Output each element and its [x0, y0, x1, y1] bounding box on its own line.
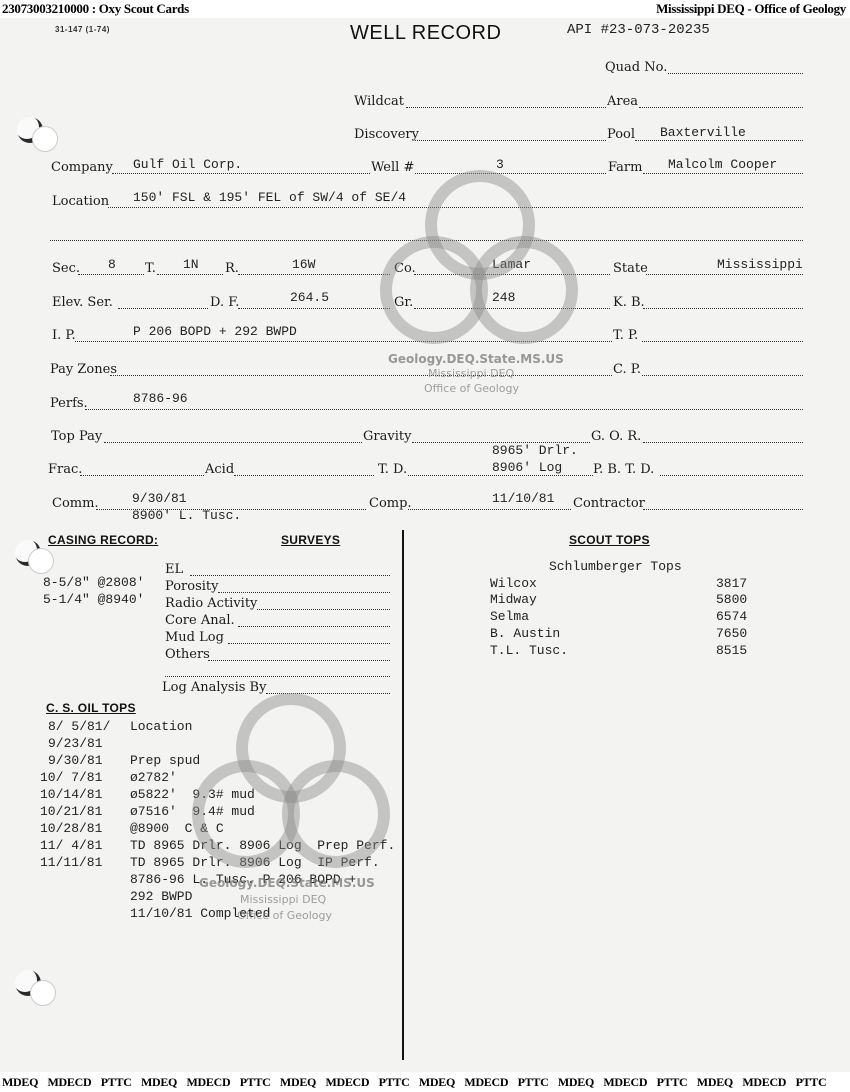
survey-core-anal-label: Core Anal.: [165, 613, 235, 628]
survey-others-field: [208, 660, 390, 661]
range-label: R.: [225, 261, 239, 276]
survey-mud-log-field: [228, 643, 390, 644]
range-value: 16W: [292, 257, 315, 272]
agency-title: Mississippi DEQ - Office of Geology: [656, 1, 846, 17]
township-label: T.: [145, 261, 156, 276]
cs-oil-tops-heading: C. S. OIL TOPS: [46, 701, 136, 715]
elev-ser-label: Elev. Ser.: [52, 295, 113, 310]
kb-label: K. B.: [613, 295, 645, 310]
survey-el-label: EL: [165, 562, 183, 577]
top-pay-field: [104, 442, 362, 443]
sec-value: 8: [108, 257, 116, 272]
pool-value: Baxterville: [660, 125, 746, 140]
location-value: 150' FSL & 195' FEL of SW/4 of SE/4: [133, 190, 406, 205]
commenced-formation: 8900' L. Tusc.: [132, 508, 241, 523]
pool-label: Pool: [607, 127, 635, 142]
survey-radio-activity-label: Radio Activity: [165, 596, 257, 611]
entry-date: 10/ 7/81: [40, 770, 102, 785]
scout-top-name: B. Austin: [490, 626, 560, 641]
punch-hole-top-highlight: [32, 126, 58, 152]
farm-field: [643, 173, 803, 174]
footer-text: MDEQ MDECD PTTC MDEQ MDECD PTTC MDEQ MDE…: [2, 1075, 826, 1090]
entry-date: 9/30/81: [48, 753, 103, 768]
entry-text: Prep spud: [130, 753, 200, 768]
watermark-agency: Mississippi DEQ: [428, 367, 514, 380]
company-field: [112, 173, 370, 174]
kb-field: [643, 308, 803, 309]
top-pay-label: Top Pay: [51, 429, 102, 444]
td-field: [408, 475, 593, 476]
gravity-label: Gravity: [363, 429, 411, 444]
watermark-url: Geology.DEQ.State.MS.US: [388, 352, 564, 366]
company-label: Company: [51, 160, 113, 175]
entry-text: ø2782': [130, 770, 177, 785]
form-title: WELL RECORD: [350, 22, 501, 45]
survey-mud-log-label: Mud Log: [165, 630, 224, 645]
scout-tops-heading: SCOUT TOPS: [569, 533, 650, 547]
watermark-circle-icon: [470, 236, 578, 344]
pbtd-label: P. B. T. D.: [593, 462, 654, 477]
ip-label: I. P.: [52, 328, 76, 343]
sec-field: [78, 274, 144, 275]
punch-hole-middle-highlight: [28, 548, 54, 574]
pay-zones-field: [110, 375, 612, 376]
wildcat-field: [406, 107, 606, 108]
completed-label: Comp.: [369, 496, 412, 511]
scout-top-name: Wilcox: [490, 576, 537, 591]
survey-el-field: [190, 575, 390, 576]
scout-top-depth: 6574: [716, 609, 747, 624]
acid-label: Acid: [205, 462, 234, 477]
well-number-field: [415, 173, 606, 174]
survey-core-anal-field: [238, 626, 390, 627]
farm-label: Farm: [608, 160, 642, 175]
td-value-driller: 8965' Drlr.: [492, 443, 578, 458]
watermark-office: Office of Geology: [237, 909, 332, 922]
log-analysis-label: Log Analysis By: [162, 680, 266, 695]
area-label: Area: [607, 94, 638, 109]
range-field: [238, 274, 390, 275]
df-field: [238, 308, 390, 309]
scout-tops-subheading: Schlumberger Tops: [549, 559, 682, 574]
form-number: 31-147 (1-74): [55, 25, 110, 34]
well-number-label: Well #: [371, 160, 414, 175]
contractor-label: Contractor: [573, 496, 645, 511]
township-value: 1N: [183, 257, 199, 272]
survey-radio-activity-field: [257, 609, 390, 610]
quad-no-field: [668, 73, 803, 74]
column-divider: [402, 530, 404, 1060]
township-field: [157, 274, 223, 275]
cp-label: C. P.: [613, 362, 641, 377]
perfs-field: [85, 409, 803, 410]
quad-no-label: Quad No.: [605, 60, 667, 75]
gor-field: [643, 442, 803, 443]
td-label: T. D.: [378, 462, 407, 477]
state-label: State: [613, 261, 648, 276]
watermark-url: Geology.DEQ.State.MS.US: [199, 876, 375, 890]
contractor-field: [643, 509, 803, 510]
entry-text: 292 BWPD: [130, 889, 192, 904]
state-field: [646, 274, 803, 275]
tp-label: T. P.: [613, 328, 638, 343]
commenced-label: Comm.: [52, 496, 99, 511]
df-value: 264.5: [290, 290, 329, 305]
scout-top-depth: 5800: [716, 592, 747, 607]
ip-value: P 206 BOPD + 292 BWPD: [133, 324, 297, 339]
entry-date: 11/ 4/81: [40, 838, 102, 853]
frac-label: Frac.: [48, 462, 82, 477]
api-number: API #23-073-20235: [567, 22, 710, 38]
perfs-label: Perfs.: [50, 396, 88, 411]
scout-top-depth: 8515: [716, 643, 747, 658]
tp-field: [642, 341, 803, 342]
sec-label: Sec.: [52, 261, 80, 276]
frac-field: [80, 475, 204, 476]
entry-date: 10/28/81: [40, 821, 102, 836]
survey-porosity-label: Porosity: [165, 579, 219, 594]
casing-item: 5-1/4" @8940': [43, 592, 144, 607]
survey-porosity-field: [218, 592, 390, 593]
scout-top-name: T.L. Tusc.: [490, 643, 568, 658]
punch-hole-bottom-highlight: [30, 980, 56, 1006]
well-number-value: 3: [496, 157, 504, 172]
survey-others-label: Others: [165, 647, 210, 662]
survey-blank-field: [165, 676, 390, 677]
scout-top-depth: 3817: [716, 576, 747, 591]
td-value-log: 8906' Log: [492, 460, 562, 475]
entry-date: 10/21/81: [40, 804, 102, 819]
entry-date: 8/ 5/81/: [48, 719, 110, 734]
perfs-value: 8786-96: [133, 391, 188, 406]
farm-value: Malcolm Cooper: [668, 157, 777, 172]
cp-field: [642, 375, 803, 376]
document-id-title: 23073003210000 : Oxy Scout Cards: [2, 1, 189, 17]
commenced-date: 9/30/81: [132, 491, 187, 506]
company-value: Gulf Oil Corp.: [133, 157, 242, 172]
elev-ser-field: [118, 308, 208, 309]
pay-zones-label: Pay Zones: [50, 362, 117, 377]
completed-date: 11/10/81: [492, 491, 554, 506]
acid-field: [234, 475, 374, 476]
wildcat-label: Wildcat: [354, 94, 404, 109]
casing-item: 8-5/8" @2808': [43, 575, 144, 590]
scout-top-name: Midway: [490, 592, 537, 607]
discovery-label: Discovery: [354, 127, 419, 142]
watermark-office: Office of Geology: [424, 382, 519, 395]
entry-date: 11/11/81: [40, 855, 102, 870]
state-value: Mississippi: [717, 257, 803, 272]
entry-date: 10/14/81: [40, 787, 102, 802]
pbtd-field: [660, 475, 803, 476]
df-label: D. F.: [210, 295, 239, 310]
scout-top-name: Selma: [490, 609, 529, 624]
discovery-field: [415, 140, 606, 141]
area-field: [639, 107, 803, 108]
watermark-agency: Mississippi DEQ: [240, 893, 326, 906]
location-label: Location: [52, 194, 109, 209]
watermark-circle-icon: [282, 760, 390, 868]
surveys-heading: SURVEYS: [281, 533, 340, 547]
entry-text: Location: [130, 719, 192, 734]
scout-top-depth: 7650: [716, 626, 747, 641]
gor-label: G. O. R.: [591, 429, 641, 444]
entry-date: 9/23/81: [48, 736, 103, 751]
casing-record-heading: CASING RECORD:: [48, 533, 158, 547]
pool-field: [635, 140, 803, 141]
completed-field: [408, 509, 571, 510]
